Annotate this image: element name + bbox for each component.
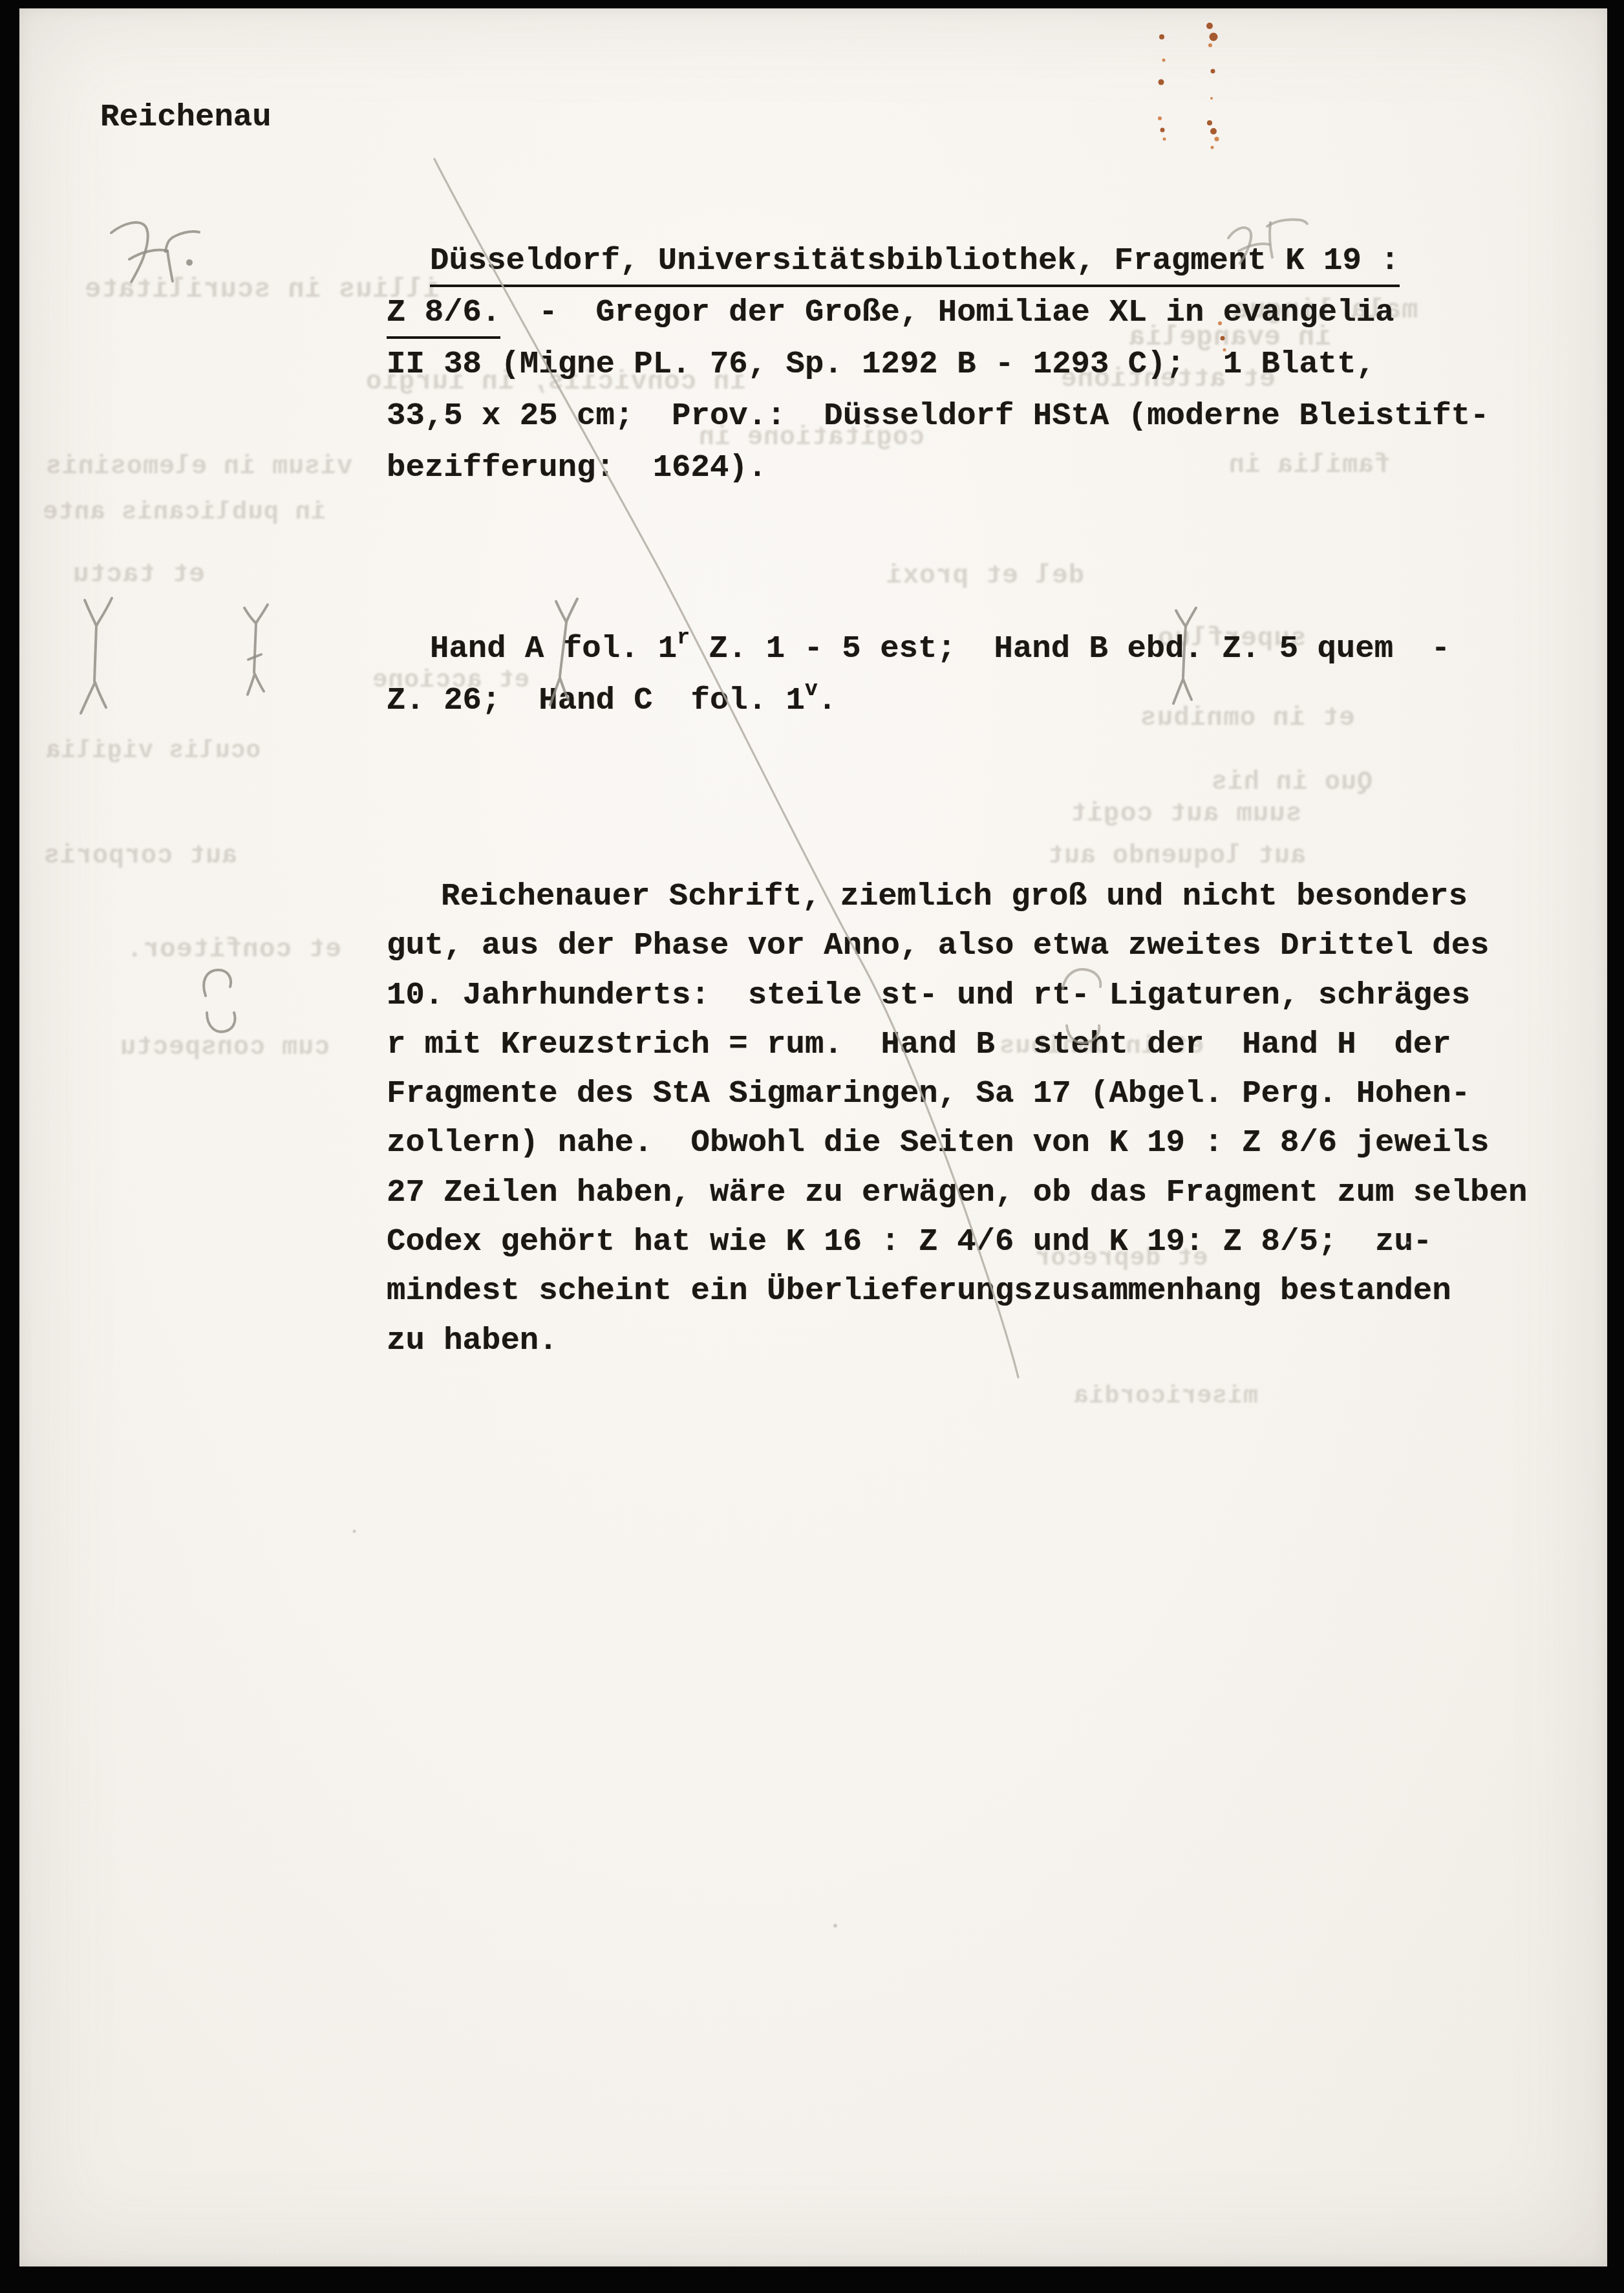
bleedthrough-text: et confiteor. — [126, 935, 341, 965]
bleedthrough-text: familia in — [1228, 451, 1390, 480]
description-line: Reichenauer Schrift, ziemlich groß und n… — [387, 872, 1615, 921]
description-line: mindest scheint ein Überlieferungszusamm… — [387, 1266, 1615, 1315]
description-line: gut, aus der Phase vor Anno, also etwa z… — [387, 921, 1615, 970]
description-line: zu haben. — [387, 1316, 1615, 1365]
bleedthrough-text: del et proxi — [886, 561, 1084, 591]
entry-author-work: - Gregor der Große, Homiliae XL in evang… — [500, 294, 1394, 330]
bleedthrough-text: misericordia — [1073, 1383, 1258, 1410]
hands-line-1-pre: Hand A fol. 1 — [430, 630, 677, 667]
description-line: Fragmente des StA Sigmaringen, Sa 17 (Ab… — [387, 1069, 1615, 1118]
scanned-page: illius in scurilitate mala lingua in eva… — [0, 0, 1624, 2293]
entry-title-text: Düsseldorf, Universitätsbibliothek, Frag… — [430, 242, 1400, 287]
folio-recto-superscript: r — [677, 626, 690, 650]
description-line: 27 Zeilen haben, wäre zu erwägen, ob das… — [387, 1168, 1615, 1217]
catalog-line-citation: II 38 (Migne PL. 76, Sp. 1292 B - 1293 C… — [387, 348, 1375, 382]
description-line: 10. Jahrhunderts: steile st- und rt- Lig… — [387, 971, 1615, 1020]
hands-line-2: Z. 26; Hand C fol. 1v. — [387, 684, 837, 718]
folio-verso-superscript: v — [805, 678, 818, 702]
catalog-line-numbering: bezifferung: 1624). — [387, 451, 767, 485]
hands-line-2-pre: Z. 26; Hand C fol. 1 — [387, 682, 805, 718]
bleedthrough-text: visum in elemosinis — [45, 453, 352, 482]
description-line: Codex gehört hat wie K 16 : Z 4/6 und K … — [387, 1217, 1615, 1266]
bleedthrough-text: Quo in his — [1211, 768, 1373, 797]
bleedthrough-text: suum aut cogit — [1070, 799, 1301, 829]
page-header-location: Reichenau — [100, 101, 272, 135]
catalog-line-signature: Z 8/6. - Gregor der Große, Homiliae XL i… — [387, 296, 1394, 330]
bleedthrough-text: aut loquendo aut — [1047, 842, 1306, 871]
catalog-entry-title: Düsseldorf, Universitätsbibliothek, Frag… — [430, 244, 1400, 278]
bleedthrough-text: cum conspectu — [120, 1033, 330, 1062]
entry-signature: Z 8/6. — [387, 294, 500, 339]
description-line: r mit Kreuzstrich = rum. Hand B steht de… — [387, 1020, 1615, 1069]
hands-line-1-post: Z. 1 - 5 est; Hand B ebd. Z. 5 quem - — [690, 630, 1450, 667]
catalog-line-size-provenance: 33,5 x 25 cm; Prov.: Düsseldorf HStA (mo… — [387, 400, 1489, 433]
bleedthrough-text: oculis vigilia — [45, 737, 261, 765]
bleedthrough-text: aut corporis — [43, 842, 237, 871]
description-line: zollern) nahe. Obwohl die Seiten von K 1… — [387, 1118, 1615, 1167]
bleedthrough-text: et in omnibus — [1140, 704, 1355, 733]
description-paragraph: Reichenauer Schrift, ziemlich groß und n… — [387, 872, 1615, 1365]
hands-line-1: Hand A fol. 1r Z. 1 - 5 est; Hand B ebd.… — [430, 632, 1450, 666]
bleedthrough-text: in publicanis ante — [42, 498, 326, 526]
bleedthrough-text: et tactu — [72, 560, 205, 590]
hands-line-2-post: . — [818, 682, 837, 718]
